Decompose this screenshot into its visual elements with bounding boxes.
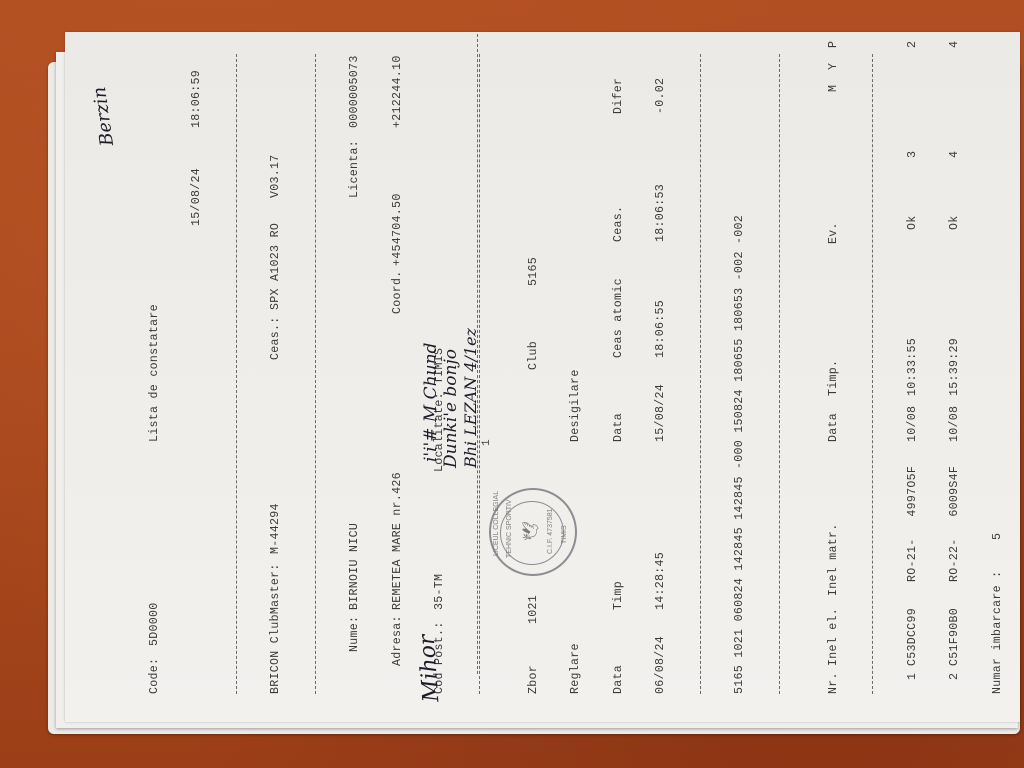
flight-ceas-value: 18:06:53 <box>654 184 668 242</box>
clubmaster-label: BRICON ClubMaster: <box>269 563 283 694</box>
flight-line: Zbor 1021 Club 5165 <box>527 52 541 694</box>
adresa-value: REMETEA MARE nr.426 <box>391 472 405 610</box>
club-label: Club <box>527 341 541 370</box>
stamp-city: TIMIS <box>561 525 568 544</box>
flight-ceas-label: Ceas. <box>612 206 626 242</box>
row-timp: 15:39:29 <box>948 338 962 396</box>
coord-label: Coord. <box>391 270 405 314</box>
row-m: 3 <box>906 151 920 158</box>
desigilare-data-label: Data <box>612 413 626 442</box>
print-time: 18:06:59 <box>190 70 204 128</box>
zbor-value: 1021 <box>527 595 541 624</box>
row-inel-el: C51F90B0 <box>948 608 962 666</box>
row-p: 4 <box>948 41 962 48</box>
print-date: 15/08/24 <box>190 168 204 226</box>
row-inel-matr: RO-21- 4997O5F <box>906 466 920 582</box>
page-number: 1 <box>481 439 493 446</box>
handwritten-line-1: i'i'# M Chund <box>421 343 441 462</box>
ceas-value: SPX A1023 RO <box>269 223 283 310</box>
coord-lon: +212244.10 <box>391 55 405 128</box>
row-inel-matr: RO-22- 6009S4F <box>948 466 962 582</box>
zbor-label: Zbor <box>527 665 541 694</box>
row-inel-el: C53DCC99 <box>906 608 920 666</box>
date-line: 15/08/24 18:06:59 <box>190 52 204 694</box>
col-inel-el: Inel el. <box>827 608 841 666</box>
divider <box>312 52 320 694</box>
reglare-timp-label: Timp <box>612 581 626 610</box>
version: V03.17 <box>269 154 283 198</box>
dove-icon: 🕊 <box>521 521 541 541</box>
owner-name-line: Nume: BIRNOIU NICU Licenta: 0000005073 <box>348 52 362 694</box>
divider <box>776 52 784 694</box>
row-data: 10/08 <box>906 406 920 442</box>
nume-label: Nume: <box>348 616 362 652</box>
reglare-data-label: Data <box>612 665 626 694</box>
cod-post-value: 35-TM <box>433 574 447 610</box>
flight-columns-line: Data Timp Data Ceas atomic Ceas. Difer <box>612 52 626 694</box>
col-inel-matr: Inel matr. <box>827 523 841 596</box>
stamp-outer-text: LICEUL COLLEGIAL <box>493 491 500 556</box>
row-m: 4 <box>948 151 962 158</box>
difer-label: Difer <box>612 78 626 114</box>
code-label: Code: <box>148 658 162 694</box>
col-timp: Timp. <box>827 360 841 396</box>
handwritten-signature: Mihor <box>415 634 445 703</box>
table-row: 2 C51F90B0 RO-22- 6009S4F 10/08 15:39:29… <box>948 52 962 694</box>
code-value: 5D0000 <box>148 602 162 646</box>
ceas-atomic-value: 18:06:55 <box>654 300 668 358</box>
coord-lat: +454704.50 <box>391 193 405 266</box>
table-row: 1 C53DCC99 RO-21- 4997O5F 10/08 10:33:55… <box>906 52 920 694</box>
ceas-label: Ceas.: <box>269 316 283 360</box>
numar-imbarcare-line: Numar imbarcare : 5 <box>991 52 1005 694</box>
reglare-heading-line: Reglare Desigilare <box>569 52 583 694</box>
club-value: 5165 <box>527 257 541 286</box>
table-header: Nr. Inel el. Inel matr. Data Timp. Ev. M… <box>827 52 841 694</box>
handwritten-line-2: Dunki'e bonjo <box>441 349 461 468</box>
col-y: Y <box>827 63 841 70</box>
col-m: M <box>827 85 841 92</box>
reglare-label: Reglare <box>569 643 583 694</box>
licenta-label: Licenta: <box>348 140 362 198</box>
stamp-cif: C.I.F. 4737581 <box>547 508 554 554</box>
licenta-value: 0000005073 <box>348 55 362 128</box>
row-p: 2 <box>906 41 920 48</box>
owner-address-line: Adresa: REMETEA MARE nr.426 Coord. +4547… <box>391 52 405 694</box>
divider <box>233 52 241 694</box>
row-nr: 2 <box>948 673 962 680</box>
clubmaster-line: BRICON ClubMaster: M-44294 Ceas.: SPX A1… <box>269 52 283 694</box>
header-line: Code: 5D0000 Lista de constatare <box>148 52 162 694</box>
row-timp: 10:33:55 <box>906 338 920 396</box>
nume-value: BIRNOIU NICU <box>348 523 362 610</box>
row-ev: Ok <box>906 215 920 230</box>
divider <box>697 52 705 694</box>
reglare-data: 06/08/24 <box>654 636 668 694</box>
col-data: Data <box>827 413 841 442</box>
flight-values-line: 06/08/24 14:28:45 15/08/24 18:06:55 18:0… <box>654 52 668 694</box>
col-p: P <box>827 41 841 48</box>
desigilare-data: 15/08/24 <box>654 384 668 442</box>
numar-imbarcare-label: Numar imbarcare : <box>991 571 1005 694</box>
stamp-inner-text: TEHNIC SPORTIV <box>506 499 513 558</box>
numar-imbarcare-value: 5 <box>991 533 1005 540</box>
summary-line: 5165 1021 060824 142845 142845 -000 1508… <box>733 52 747 694</box>
reglare-timp: 14:28:45 <box>654 552 668 610</box>
flight-summary: 5165 1021 060824 142845 142845 -000 1508… <box>733 215 747 694</box>
record-text: Code: 5D0000 Lista de constatare 15/08/2… <box>105 52 1024 694</box>
clubmaster-value: M-44294 <box>269 503 283 554</box>
adresa-label: Adresa: <box>391 615 405 666</box>
row-ev: Ok <box>948 215 962 230</box>
row-nr: 1 <box>906 673 920 680</box>
school-stamp: LICEUL COLLEGIAL TEHNIC SPORTIV 🕊 C.I.F.… <box>489 488 577 576</box>
col-nr: Nr. <box>827 672 841 694</box>
desigilare-label: Desigilare <box>569 369 583 442</box>
printed-record-sheet: Code: 5D0000 Lista de constatare 15/08/2… <box>65 32 1020 722</box>
divider <box>869 52 877 694</box>
ceas-atomic-label: Ceas atomic <box>612 278 626 358</box>
difer-value: -0.02 <box>654 78 668 114</box>
document-title: Lista de constatare <box>148 304 162 442</box>
col-ev: Ev. <box>827 222 841 244</box>
handwritten-line-3: Bhi LEZAN 4/1ez <box>461 328 480 468</box>
row-data: 10/08 <box>948 406 962 442</box>
